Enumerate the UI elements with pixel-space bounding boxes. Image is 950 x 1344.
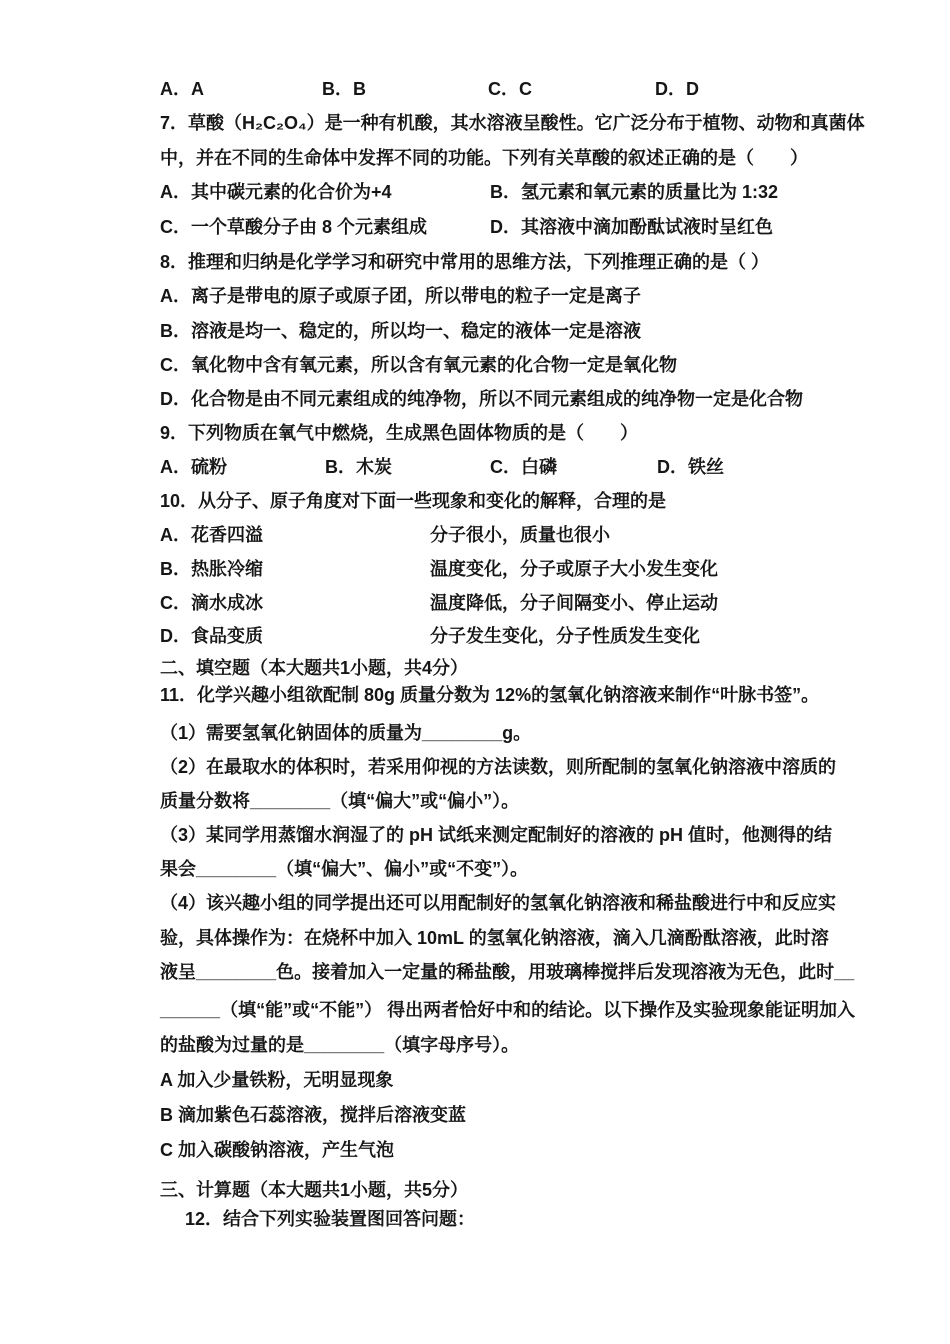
q11-part4-line3: 液呈________色。接着加入一定量的稀盐酸，用玻璃棒搅拌后发现溶液为无色，此… [0, 958, 950, 984]
q7-options-row-1: A．其中碳元素的化合价为+4 B．氢元素和氧元素的质量比为 1:32 [0, 178, 950, 204]
q8-option-c: C．氧化物中含有氧元素，所以含有氧元素的化合物一定是氧化物 [160, 351, 677, 377]
q12-stem: 12．结合下列实验装置图回答问题： [0, 1205, 950, 1231]
q12-stem-text: 12．结合下列实验装置图回答问题： [185, 1205, 475, 1231]
q7-stem-line2: 中，并在不同的生命体中发挥不同的功能。下列有关草酸的叙述正确的是（ ） [0, 144, 950, 170]
q11-part4-line4: ______（填“能”或“不能”） 得出两者恰好中和的结论。以下操作及实验现象能… [0, 996, 950, 1022]
q11-part4-line1: （4）该兴趣小组的同学提出还可以用配制好的氢氧化钠溶液和稀盐酸进行中和反应实 [0, 889, 950, 915]
q7-option-c: C．一个草酸分子由 8 个元素组成 [160, 213, 427, 239]
q8-option-a: A．离子是带电的原子或原子团，所以带电的粒子一定是离子 [160, 282, 641, 308]
q8-option-d-row: D．化合物是由不同元素组成的纯净物，所以不同元素组成的纯净物一定是化合物 [0, 385, 950, 411]
carryover-option-b: B．B [322, 75, 366, 101]
q11-part3-text-2: 果会________（填“偏大”、偏小”或“不变”）。 [160, 855, 528, 881]
q11-stem-text: 11．化学兴趣小组欲配制 80g 质量分数为 12%的氢氧化钠溶液来制作“叶脉书… [160, 681, 819, 707]
q8-stem: 8．推理和归纳是化学学习和研究中常用的思维方法，下列推理正确的是（ ） [0, 248, 950, 274]
q11-part4-line5: 的盐酸为过量的是________（填字母序号）。 [0, 1031, 950, 1057]
q10-explanation-d: 分子发生变化，分子性质发生变化 [430, 622, 700, 648]
q9-stem-text: 9．下列物质在氧气中燃烧，生成黑色固体物质的是（ ） [160, 419, 638, 445]
q10-explanation-a: 分子很小，质量也很小 [430, 521, 610, 547]
q11-choice-a: A 加入少量铁粉，无明显现象 [160, 1066, 393, 1092]
q8-option-b-row: B．溶液是均一、稳定的，所以均一、稳定的液体一定是溶液 [0, 317, 950, 343]
q10-stem: 10．从分子、原子角度对下面一些现象和变化的解释，合理的是 [0, 487, 950, 513]
q7-stem-line1: 7．草酸（H₂C₂O₄）是一种有机酸，其水溶液呈酸性。它广泛分布于植物、动物和真… [0, 109, 950, 135]
section-2-heading: 二、填空题（本大题共1小题，共4分） [0, 654, 950, 680]
q11-choice-c: C 加入碳酸钠溶液，产生气泡 [160, 1136, 394, 1162]
q10-stem-text: 10．从分子、原子角度对下面一些现象和变化的解释，合理的是 [160, 487, 666, 513]
q9-stem: 9．下列物质在氧气中燃烧，生成黑色固体物质的是（ ） [0, 419, 950, 445]
q11-part3-line2: 果会________（填“偏大”、偏小”或“不变”）。 [0, 855, 950, 881]
q10-option-b-row: B．热胀冷缩 温度变化，分子或原子大小发生变化 [0, 555, 950, 581]
q8-option-c-row: C．氧化物中含有氧元素，所以含有氧元素的化合物一定是氧化物 [0, 351, 950, 377]
q11-part2-line2: 质量分数将________（填“偏大”或“偏小”）。 [0, 787, 950, 813]
q11-choice-c-row: C 加入碳酸钠溶液，产生气泡 [0, 1136, 950, 1162]
q11-part2-line1: （2）在最取水的体积时，若采用仰视的方法读数，则所配制的氢氧化钠溶液中溶质的 [0, 753, 950, 779]
q11-part1: （1）需要氢氧化钠固体的质量为________g。 [0, 719, 950, 745]
q7-options-row-2: C．一个草酸分子由 8 个元素组成 D．其溶液中滴加酚酞试液时呈红色 [0, 213, 950, 239]
q7-option-b: B．氢元素和氧元素的质量比为 1:32 [490, 178, 778, 204]
q11-part4-text-2: 验，具体操作为：在烧杯中加入 10mL 的氢氧化钠溶液，滴入几滴酚酞溶液，此时溶 [160, 924, 829, 950]
q9-options-row: A．硫粉 B．木炭 C．白磷 D．铁丝 [0, 453, 950, 479]
carryover-options-row: A．A B．B C．C D．D [0, 75, 950, 101]
carryover-option-d: D．D [655, 75, 699, 101]
q10-explanation-b: 温度变化，分子或原子大小发生变化 [430, 555, 718, 581]
q11-part4-line2: 验，具体操作为：在烧杯中加入 10mL 的氢氧化钠溶液，滴入几滴酚酞溶液，此时溶 [0, 924, 950, 950]
q7-stem-text-1: 7．草酸（H₂C₂O₄）是一种有机酸，其水溶液呈酸性。它广泛分布于植物、动物和真… [160, 109, 865, 135]
q11-stem: 11．化学兴趣小组欲配制 80g 质量分数为 12%的氢氧化钠溶液来制作“叶脉书… [0, 681, 950, 707]
q10-option-c: C．滴水成冰 [160, 589, 263, 615]
q10-option-b: B．热胀冷缩 [160, 555, 263, 581]
q10-option-a-row: A．花香四溢 分子很小，质量也很小 [0, 521, 950, 547]
q10-option-d: D．食品变质 [160, 622, 263, 648]
q10-option-c-row: C．滴水成冰 温度降低，分子间隔变小、停止运动 [0, 589, 950, 615]
section-3-heading: 三、计算题（本大题共1小题，共5分） [0, 1176, 950, 1202]
q11-choice-b-row: B 滴加紫色石蕊溶液，搅拌后溶液变蓝 [0, 1101, 950, 1127]
q11-part3-text-1: （3）某同学用蒸馏水润湿了的 pH 试纸来测定配制好的溶液的 pH 值时，他测得… [160, 821, 832, 847]
q11-part4-text-4: ______（填“能”或“不能”） 得出两者恰好中和的结论。以下操作及实验现象能… [160, 996, 855, 1022]
q7-option-d: D．其溶液中滴加酚酞试液时呈红色 [490, 213, 773, 239]
carryover-option-a: A．A [160, 75, 204, 101]
exam-page: A．A B．B C．C D．D 7．草酸（H₂C₂O₄）是一种有机酸，其水溶液呈… [0, 0, 950, 1344]
q11-part4-text-5: 的盐酸为过量的是________（填字母序号）。 [160, 1031, 519, 1057]
section-2-heading-text: 二、填空题（本大题共1小题，共4分） [160, 654, 468, 680]
q11-part4-text-3: 液呈________色。接着加入一定量的稀盐酸，用玻璃棒搅拌后发现溶液为无色，此… [160, 958, 854, 984]
q9-option-c: C．白磷 [490, 453, 557, 479]
q9-option-a: A．硫粉 [160, 453, 227, 479]
q9-option-d: D．铁丝 [657, 453, 724, 479]
q11-choice-a-row: A 加入少量铁粉，无明显现象 [0, 1066, 950, 1092]
q10-option-d-row: D．食品变质 分子发生变化，分子性质发生变化 [0, 622, 950, 648]
q11-part1-text: （1）需要氢氧化钠固体的质量为________g。 [160, 719, 531, 745]
q8-option-b: B．溶液是均一、稳定的，所以均一、稳定的液体一定是溶液 [160, 317, 641, 343]
q7-option-a: A．其中碳元素的化合价为+4 [160, 178, 392, 204]
q11-choice-b: B 滴加紫色石蕊溶液，搅拌后溶液变蓝 [160, 1101, 466, 1127]
q10-explanation-c: 温度降低，分子间隔变小、停止运动 [430, 589, 718, 615]
q8-option-d: D．化合物是由不同元素组成的纯净物，所以不同元素组成的纯净物一定是化合物 [160, 385, 803, 411]
section-3-heading-text: 三、计算题（本大题共1小题，共5分） [160, 1176, 468, 1202]
q11-part2-text-1: （2）在最取水的体积时，若采用仰视的方法读数，则所配制的氢氧化钠溶液中溶质的 [160, 753, 836, 779]
q8-stem-text: 8．推理和归纳是化学学习和研究中常用的思维方法，下列推理正确的是（ ） [160, 248, 769, 274]
carryover-option-c: C．C [488, 75, 532, 101]
q8-option-a-row: A．离子是带电的原子或原子团，所以带电的粒子一定是离子 [0, 282, 950, 308]
q10-option-a: A．花香四溢 [160, 521, 263, 547]
q11-part3-line1: （3）某同学用蒸馏水润湿了的 pH 试纸来测定配制好的溶液的 pH 值时，他测得… [0, 821, 950, 847]
q11-part4-text-1: （4）该兴趣小组的同学提出还可以用配制好的氢氧化钠溶液和稀盐酸进行中和反应实 [160, 889, 836, 915]
q9-option-b: B．木炭 [325, 453, 392, 479]
q7-stem-text-2: 中，并在不同的生命体中发挥不同的功能。下列有关草酸的叙述正确的是（ ） [160, 144, 808, 170]
q11-part2-text-2: 质量分数将________（填“偏大”或“偏小”）。 [160, 787, 519, 813]
